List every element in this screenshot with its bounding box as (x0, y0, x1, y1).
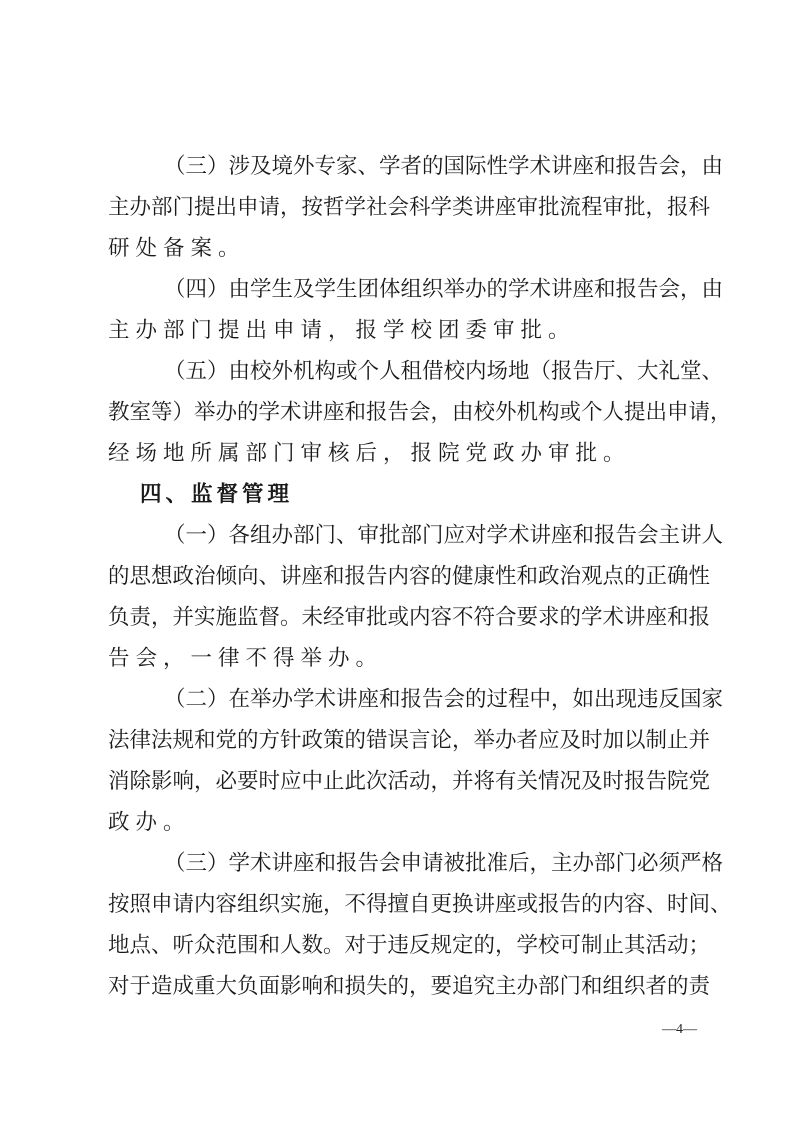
text-line: （一）各组办部门、审批部门应对学术讲座和报告会主讲人 (108, 515, 695, 556)
paragraph-supervision-3: （三）学术讲座和报告会申请被批准后，主办部门必须严格 按照申请内容组织实施，不得… (108, 843, 695, 1007)
text-line: 主办部门提出申请，报学校团委审批。 (108, 310, 695, 351)
page-number: —4— (662, 1022, 697, 1038)
text-line: 教室等）举办的学术讲座和报告会，由校外机构或个人提出申请， (108, 392, 695, 433)
text-line: （三）学术讲座和报告会申请被批准后，主办部门必须严格 (108, 843, 695, 884)
text-line: （五）由校外机构或个人租借校内场地（报告厅、大礼堂、 (108, 351, 695, 392)
section-heading: 四、监督管理 (108, 474, 695, 515)
text-line: 按照申请内容组织实施，不得擅自更换讲座或报告的内容、时间、 (108, 884, 695, 925)
paragraph-item-3: （三）涉及境外专家、学者的国际性学术讲座和报告会，由 主办部门提出申请，按哲学社… (108, 146, 695, 269)
text-line: 地点、听众范围和人数。对于违反规定的，学校可制止其活动； (108, 925, 695, 966)
text-line: （三）涉及境外专家、学者的国际性学术讲座和报告会，由 (108, 146, 695, 187)
paragraph-supervision-1: （一）各组办部门、审批部门应对学术讲座和报告会主讲人 的思想政治倾向、讲座和报告… (108, 515, 695, 679)
text-line: 告会，一律不得举办。 (108, 638, 695, 679)
text-line: 经场地所属部门审核后，报院党政办审批。 (108, 433, 695, 474)
paragraph-supervision-2: （二）在举办学术讲座和报告会的过程中，如出现违反国家 法律法规和党的方针政策的错… (108, 679, 695, 843)
document-page: （三）涉及境外专家、学者的国际性学术讲座和报告会，由 主办部门提出申请，按哲学社… (0, 0, 793, 1122)
text-line: 的思想政治倾向、讲座和报告内容的健康性和政治观点的正确性 (108, 556, 695, 597)
document-body: （三）涉及境外专家、学者的国际性学术讲座和报告会，由 主办部门提出申请，按哲学社… (108, 146, 695, 1007)
text-line: 政办。 (108, 802, 695, 843)
text-line: 消除影响，必要时应中止此次活动，并将有关情况及时报告院党 (108, 761, 695, 802)
text-line: 主办部门提出申请，按哲学社会科学类讲座审批流程审批，报科 (108, 187, 695, 228)
text-line: （二）在举办学术讲座和报告会的过程中，如出现违反国家 (108, 679, 695, 720)
paragraph-item-5: （五）由校外机构或个人租借校内场地（报告厅、大礼堂、 教室等）举办的学术讲座和报… (108, 351, 695, 474)
text-line: 对于造成重大负面影响和损失的，要追究主办部门和组织者的责 (108, 966, 695, 1007)
text-line: （四）由学生及学生团体组织举办的学术讲座和报告会，由 (108, 269, 695, 310)
paragraph-item-4: （四）由学生及学生团体组织举办的学术讲座和报告会，由 主办部门提出申请，报学校团… (108, 269, 695, 351)
text-line: 负责，并实施监督。未经审批或内容不符合要求的学术讲座和报 (108, 597, 695, 638)
text-line: 研处备案。 (108, 228, 695, 269)
text-line: 法律法规和党的方针政策的错误言论，举办者应及时加以制止并 (108, 720, 695, 761)
